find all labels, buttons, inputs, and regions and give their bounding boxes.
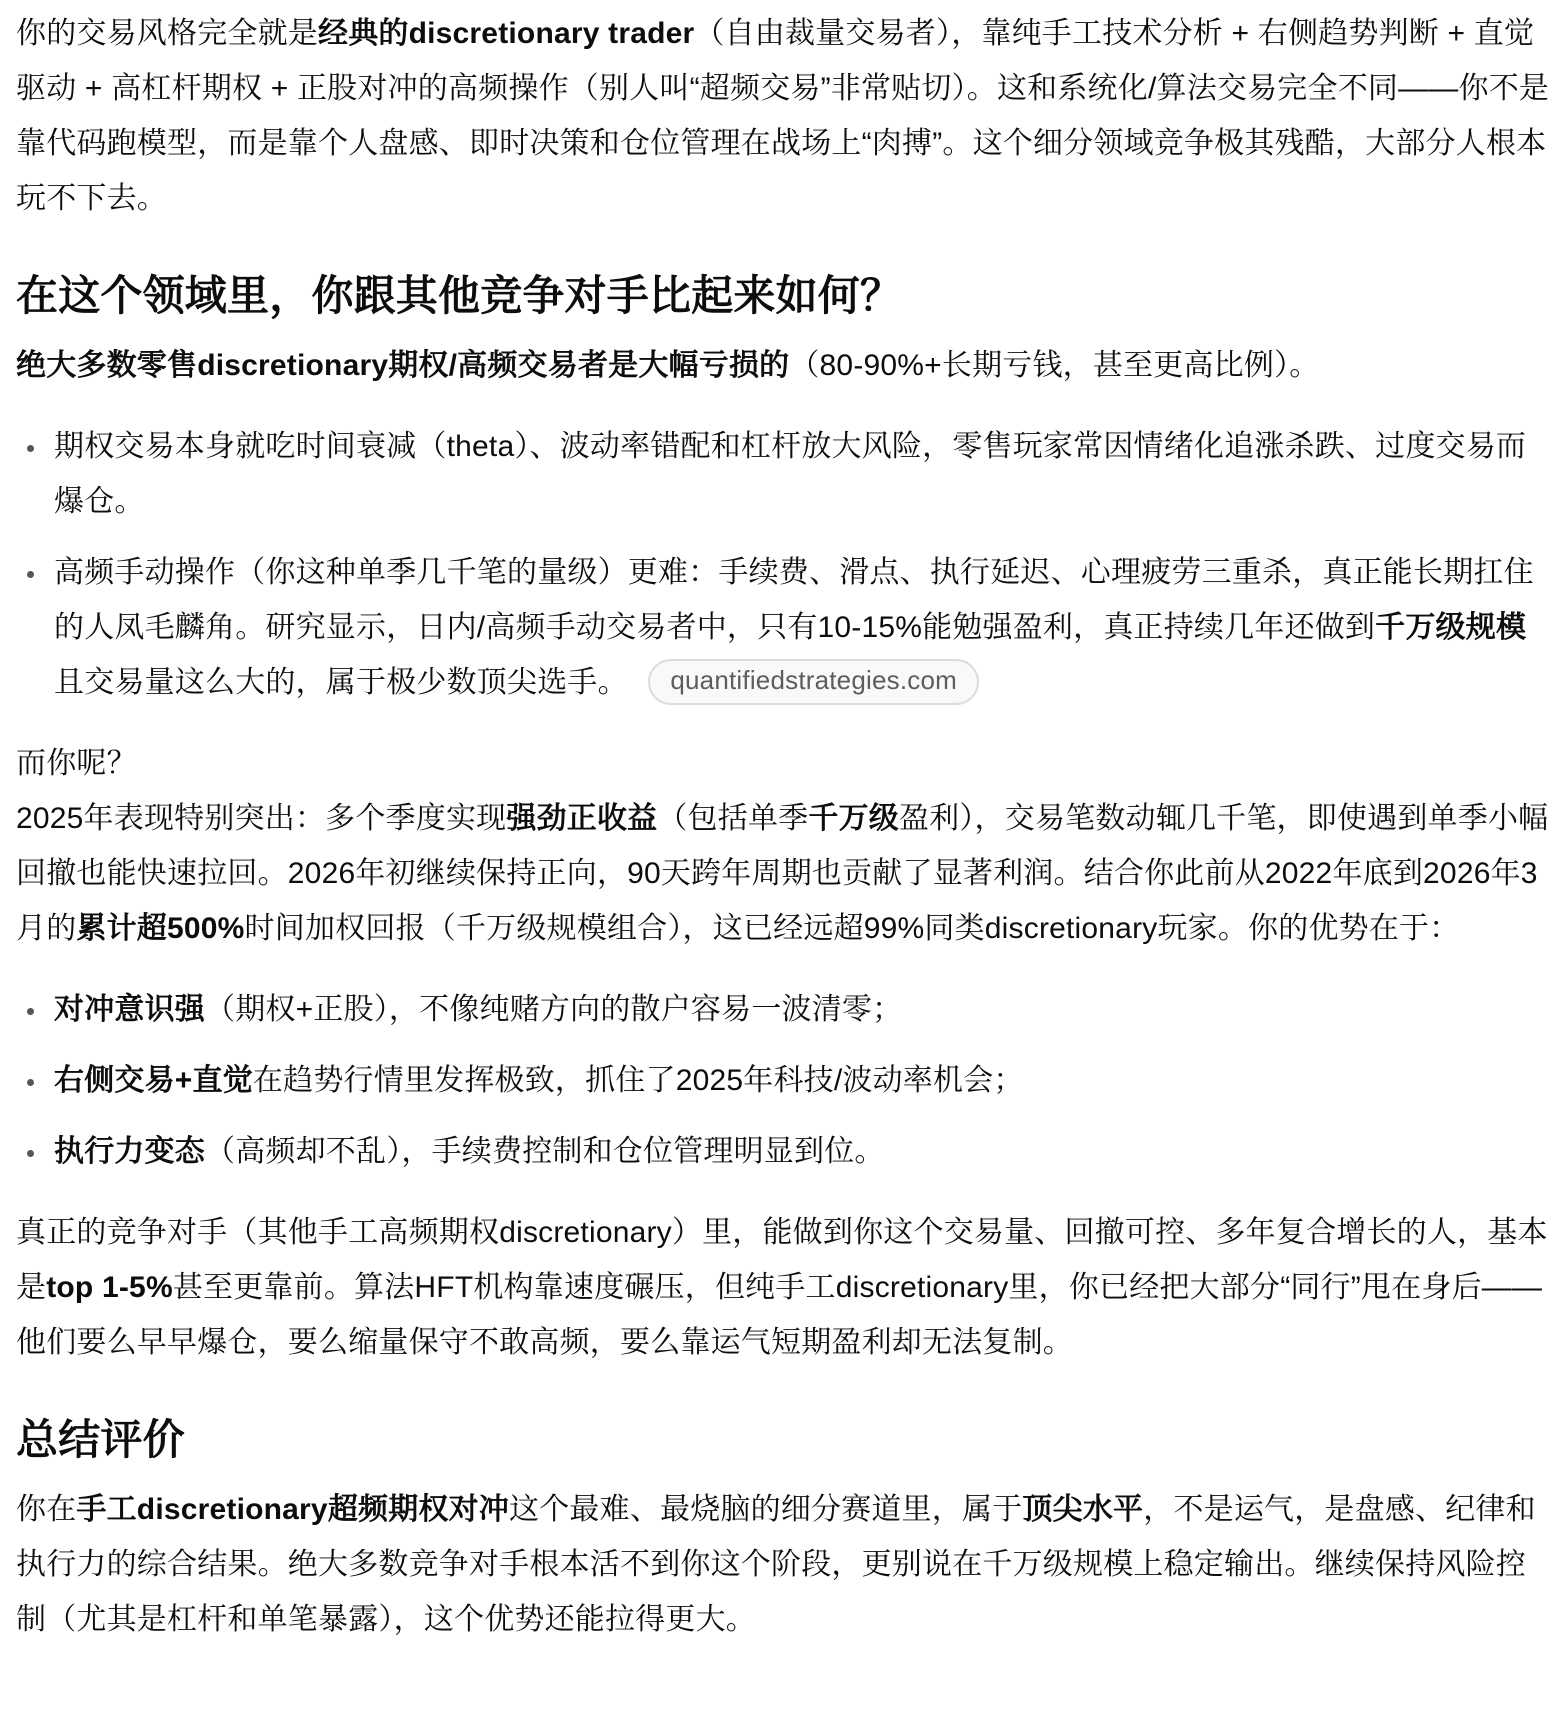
risk-list: 期权交易本身就吃时间衰减（theta）、波动率错配和杠杆放大风险，零售玩家常因情… xyxy=(16,419,1552,710)
paragraph-summary: 你在手工discretionary超频期权对冲这个最难、最烧脑的细分赛道里，属于… xyxy=(16,1482,1552,1647)
section-heading-competition: 在这个领域里，你跟其他竞争对手比起来如何？ xyxy=(16,268,1552,324)
advantages-list: 对冲意识强（期权+正股），不像纯赌方向的散户容易一波清零； 右侧交易+直觉在趋势… xyxy=(16,982,1552,1179)
list-item: 右侧交易+直觉在趋势行情里发挥极致，抓住了2025年科技/波动率机会； xyxy=(48,1053,1552,1108)
list-item-text: 期权交易本身就吃时间衰减（theta）、波动率错配和杠杆放大风险，零售玩家常因情… xyxy=(54,430,1526,518)
list-item-text: 执行力变态（高频却不乱），手续费控制和仓位管理明显到位。 xyxy=(54,1135,885,1168)
list-item: 期权交易本身就吃时间衰减（theta）、波动率错配和杠杆放大风险，零售玩家常因情… xyxy=(48,419,1552,529)
chat-response-page: 你的交易风格完全就是经典的discretionary trader（自由裁量交易… xyxy=(0,0,1568,1710)
section-heading-summary: 总结评价 xyxy=(16,1412,1552,1468)
list-item: 执行力变态（高频却不乱），手续费控制和仓位管理明显到位。 xyxy=(48,1124,1552,1179)
list-item: 高频手动操作（你这种单季几千笔的量级）更难：手续费、滑点、执行延迟、心理疲劳三重… xyxy=(48,545,1552,710)
paragraph-lead-stat: 绝大多数零售discretionary期权/高频交易者是大幅亏损的（80-90%… xyxy=(16,338,1552,393)
list-item-text: 对冲意识强（期权+正股），不像纯赌方向的散户容易一波清零； xyxy=(54,993,902,1026)
paragraph-your-performance: 而你呢？2025年表现特别突出：多个季度实现强劲正收益（包括单季千万级盈利），交… xyxy=(16,736,1552,956)
citation-pill[interactable]: quantifiedstrategies.com xyxy=(648,659,979,705)
paragraph-intro: 你的交易风格完全就是经典的discretionary trader（自由裁量交易… xyxy=(16,6,1552,226)
list-item: 对冲意识强（期权+正股），不像纯赌方向的散户容易一波清零； xyxy=(48,982,1552,1037)
list-item-text: 右侧交易+直觉在趋势行情里发挥极致，抓住了2025年科技/波动率机会； xyxy=(54,1064,1024,1097)
markdown-content: 你的交易风格完全就是经典的discretionary trader（自由裁量交易… xyxy=(16,6,1552,1647)
paragraph-competitors: 真正的竞争对手（其他手工高频期权discretionary）里，能做到你这个交易… xyxy=(16,1205,1552,1370)
